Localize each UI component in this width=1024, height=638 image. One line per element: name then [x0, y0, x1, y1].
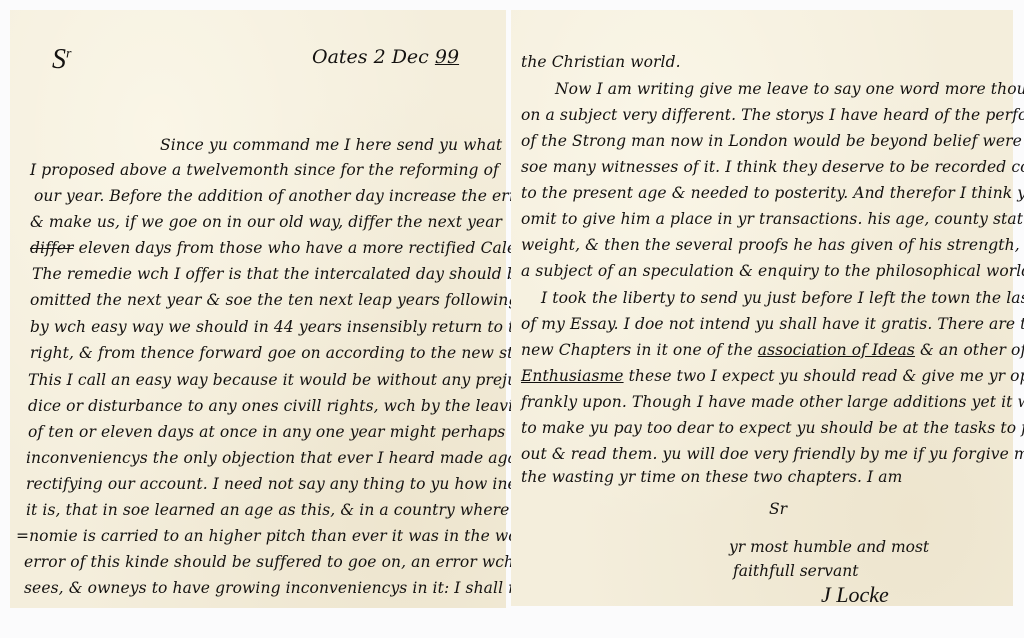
letter-line: weight, & then the several proofs he has…: [521, 238, 1024, 254]
letter-line: I took the liberty to send yu just befor…: [541, 291, 1024, 307]
letter-line: Now I am writing give me leave to say on…: [555, 82, 1024, 98]
date-year: 99: [435, 46, 459, 68]
letter-line: & make us, if we goe on in our old way, …: [30, 215, 502, 231]
letter-line: it is, that in soe learned an age as thi…: [26, 503, 588, 519]
letter-line: Since yu command me I here send yu what: [160, 138, 502, 154]
letter-line: of ten or eleven days at once in any one…: [28, 425, 568, 441]
letter-line: I proposed above a twelvemonth since for…: [30, 163, 499, 179]
closing-line: yr most humble and most: [729, 538, 929, 556]
letter-line: of the Strong man now in London would be…: [521, 134, 1024, 150]
letter-line: Enthusiasme these two I expect yu should…: [521, 369, 1024, 385]
letter-line: dice or disturbance to any ones civill r…: [28, 399, 559, 415]
letter-line: a subject of an speculation & enquiry to…: [521, 264, 1024, 280]
letter-line: soe many witnesses of it. I think they d…: [521, 160, 1024, 176]
letter-line: our year. Before the addition of another…: [34, 189, 533, 205]
letter-line: right, & from thence forward goe on acco…: [30, 346, 533, 362]
letter-line: of my Essay. I doe not intend yu shall h…: [521, 317, 1024, 333]
date-place: Oates 2 Dec: [312, 46, 429, 68]
letter-page-right: the Christian world. Now I am writing gi…: [511, 10, 1013, 606]
letter-line: differ eleven days from those who have a…: [30, 241, 557, 257]
letter-line: to the present age & needed to posterity…: [521, 186, 1024, 202]
closing-line: faithfull servant: [733, 562, 858, 580]
signature: J Locke: [821, 582, 889, 608]
struck-word: differ: [30, 239, 74, 257]
salutation: Sr: [52, 44, 71, 76]
letter-line: by wch easy way we should in 44 years in…: [30, 320, 534, 336]
dateline: Oates 2 Dec 99: [312, 46, 459, 68]
letter-page-left: Sr Oates 2 Dec 99 Since yu command me I …: [10, 10, 506, 608]
underlined-phrase: Enthusiasme: [521, 367, 624, 385]
letter-line: to make yu pay too dear to expect yu sho…: [521, 421, 1024, 437]
letter-line: =nomie is carried to an higher pitch tha…: [16, 529, 570, 545]
underlined-phrase: association of Ideas: [758, 341, 915, 359]
letter-line: new Chapters in it one of the associatio…: [521, 343, 1024, 359]
letter-line: the wasting yr time on these two chapter…: [521, 470, 902, 486]
letter-line: inconveniencys the only objection that e…: [26, 451, 547, 467]
letter-line: out & read them. yu will doe very friend…: [521, 447, 1024, 463]
letter-line: This I call an easy way because it would…: [28, 373, 523, 389]
letter-line: omit to give him a place in yr transacti…: [521, 212, 1024, 228]
closing-salutation: Sr: [769, 500, 787, 518]
letter-line: on a subject very different. The storys …: [521, 108, 1024, 124]
letter-line: the Christian world.: [521, 55, 681, 71]
letter-line: rectifying our account. I need not say a…: [26, 477, 586, 493]
letter-line: The remedie wch I offer is that the inte…: [32, 267, 526, 283]
letter-line: omitted the next year & soe the ten next…: [30, 293, 518, 309]
letter-line: frankly upon. Though I have made other l…: [521, 395, 1024, 411]
